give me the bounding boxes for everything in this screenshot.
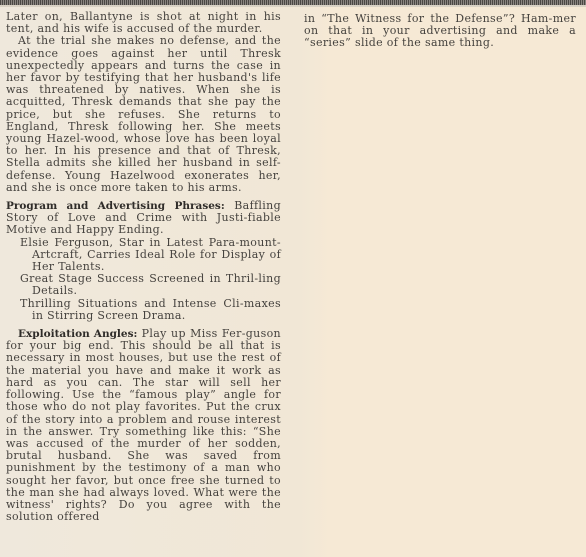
exploitation-angles-section: Exploitation Angles: Play up Miss Fer-gu… [6, 328, 281, 523]
top-border-rule [0, 0, 586, 5]
program-phrase: Elsie Ferguson, Star in Latest Para-moun… [20, 237, 281, 274]
exploitation-angles-body: Play up Miss Fer-guson for your big end.… [6, 327, 281, 523]
left-column: Later on, Ballantyne is shot at night in… [6, 11, 281, 523]
program-phrases-heading: Program and Advertising Phrases: [6, 200, 225, 212]
program-phrase: Thrilling Situations and Intense Cli-max… [20, 298, 281, 322]
right-column: in “The Witness for the Defense”? Ham-me… [304, 13, 576, 50]
continuation-paragraph: in “The Witness for the Defense”? Ham-me… [304, 13, 576, 50]
exploitation-angles-heading: Exploitation Angles: [18, 328, 137, 340]
synopsis-paragraph-2: At the trial she makes no defense, and t… [6, 35, 281, 194]
program-phrases-section: Program and Advertising Phrases: Bafflin… [6, 200, 281, 322]
scanned-page: Later on, Ballantyne is shot at night in… [0, 0, 586, 557]
synopsis-paragraph-1: Later on, Ballantyne is shot at night in… [6, 11, 281, 35]
program-phrase: Great Stage Success Screened in Thril-li… [20, 273, 281, 297]
